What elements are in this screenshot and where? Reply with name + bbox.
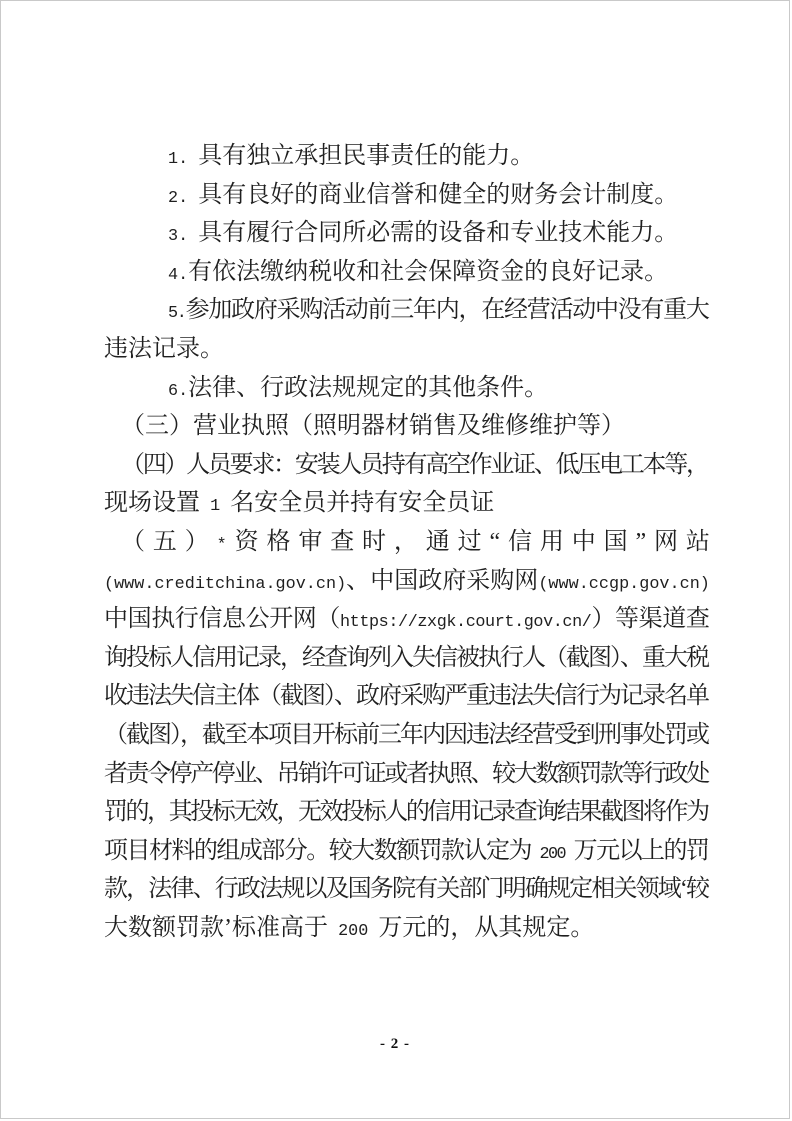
text-line: 6.法律、行政法规规定的其他条件。 xyxy=(104,369,710,408)
text-line: （三）营业执照（照明器材销售及维修维护等） xyxy=(104,407,710,446)
text-line: 收违法失信主体（截图）、政府采购严重违法失信行为记录名单 xyxy=(104,677,710,716)
text-line: 款，法律、行政法规以及国务院有关部门明确规定相关领域‘较 xyxy=(104,870,710,909)
text-line: （截图），截至本项目开标前三年内因违法经营受到刑事处罚或 xyxy=(104,716,710,755)
text-line: 5.参加政府采购活动前三年内，在经营活动中没有重大 xyxy=(104,291,710,330)
text-line: 2. 具有良好的商业信誉和健全的财务会计制度。 xyxy=(104,176,710,215)
document-page: 1. 具有独立承担民事责任的能力。2. 具有良好的商业信誉和健全的财务会计制度。… xyxy=(0,0,790,1119)
text-line: (www.creditchina.gov.cn)、中国政府采购网(www.ccg… xyxy=(104,562,710,601)
text-line: 3. 具有履行合同所必需的设备和专业技术能力。 xyxy=(104,214,710,253)
text-line: 4.有依法缴纳税收和社会保障资金的良好记录。 xyxy=(104,253,710,292)
text-line: 大数额罚款’标准高于 200 万元的，从其规定。 xyxy=(104,909,710,948)
document-body: 1. 具有独立承担民事责任的能力。2. 具有良好的商业信誉和健全的财务会计制度。… xyxy=(104,137,710,947)
page-number: - 2 - xyxy=(1,1036,789,1053)
text-line: （五）*资格审查时，通过“信用中国”网站 xyxy=(104,523,710,562)
text-line: 中国执行信息公开网（https://zxgk.court.gov.cn/）等渠道… xyxy=(104,600,710,639)
text-line: 罚的，其投标无效，无效投标人的信用记录查询结果截图将作为 xyxy=(104,793,710,832)
text-line: 现场设置 1 名安全员并持有安全员证 xyxy=(104,484,710,523)
text-line: 询投标人信用记录，经查询列入失信被执行人（截图）、重大税 xyxy=(104,639,710,678)
text-line: 项目材料的组成部分。较大数额罚款认定为 200 万元以上的罚 xyxy=(104,832,710,871)
text-line: （四）人员要求：安装人员持有高空作业证、低压电工本等， xyxy=(104,446,710,485)
text-line: 违法记录。 xyxy=(104,330,710,369)
text-line: 1. 具有独立承担民事责任的能力。 xyxy=(104,137,710,176)
text-line: 者责令停产停业、吊销许可证或者执照、较大数额罚款等行政处 xyxy=(104,755,710,794)
